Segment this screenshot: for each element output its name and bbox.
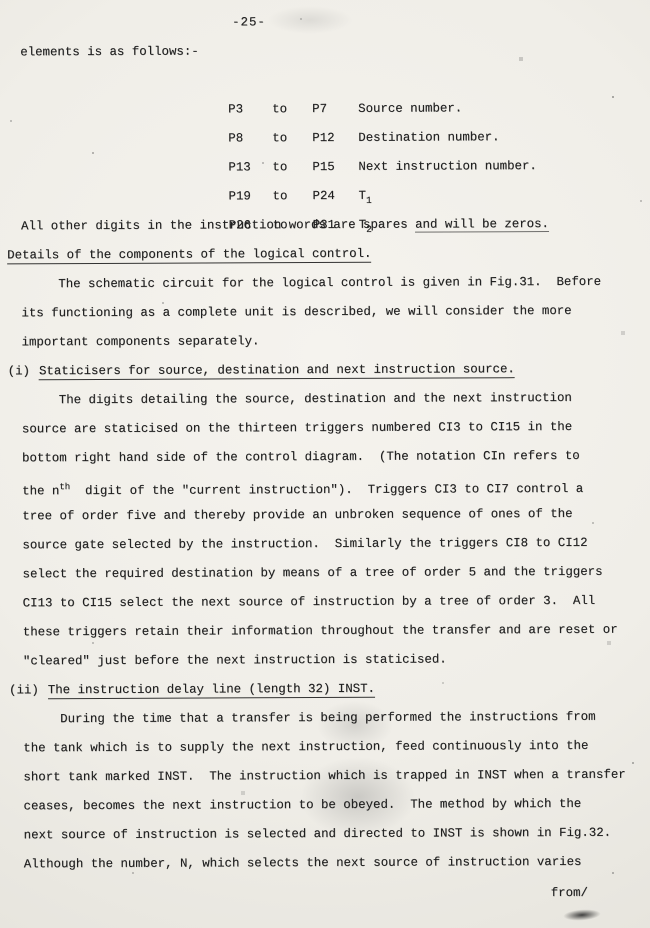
range-to-label: to <box>272 182 312 211</box>
catchword: from/ <box>24 879 634 911</box>
text-line: short tank marked INST. The instruction … <box>23 761 633 793</box>
range-description: Next instruction number. <box>358 159 537 174</box>
subsection-heading-ii: (ii)The instruction delay line (length 3… <box>9 674 633 706</box>
text-line: the tank which is to supply the next ins… <box>23 732 633 764</box>
text-line: tree of order five and thereby provide a… <box>22 500 632 532</box>
range-start: P8 <box>228 124 272 153</box>
scanned-document-page: -25- elements is as follows:- P3toP7Sour… <box>0 0 650 928</box>
text-line: CI13 to CI15 select the next source of i… <box>23 587 633 619</box>
text-line: "cleared" just before the next instructi… <box>23 645 633 677</box>
page-content: -25- elements is as follows:- P3toP7Sour… <box>0 0 650 910</box>
text-line: its functioning as a complete unit is de… <box>21 297 631 329</box>
range-start: P3 <box>228 95 272 124</box>
text-line: Although the number, N, which selects th… <box>24 848 634 880</box>
page-number: -25- <box>20 7 630 39</box>
text-line: source gate selected by the instruction.… <box>22 529 632 561</box>
text-line: The schematic circuit for the logical co… <box>21 268 631 300</box>
range-end: P15 <box>312 153 358 182</box>
text-line: the nth digit of the "current instructio… <box>22 471 632 503</box>
text-line: next source of instruction is selected a… <box>24 819 634 851</box>
range-end: P24 <box>312 182 358 211</box>
subscript: 1 <box>366 195 372 206</box>
text-line: During the time that a transfer is being… <box>23 703 633 735</box>
range-description: Source number. <box>358 101 462 115</box>
underlined-phrase: and will be zeros. <box>415 217 549 233</box>
subsection-heading-i: (i)Staticisers for source, destination a… <box>8 355 632 387</box>
section-heading: Details of the components of the logical… <box>7 239 631 271</box>
text-line: ceases, becomes the next instruction to … <box>23 790 633 822</box>
text-line: The digits detailing the source, destina… <box>22 384 632 416</box>
text-line: source are staticised on the thirteen tr… <box>22 413 632 445</box>
range-to-label: to <box>272 124 312 153</box>
range-description: Destination number. <box>358 130 499 145</box>
text-line: bottom right hand side of the control di… <box>22 442 632 474</box>
range-description: T1 <box>358 189 371 203</box>
subsection-prefix: (ii) <box>9 683 39 697</box>
range-end: P7 <box>312 95 358 124</box>
text-line: important components separately. <box>21 326 631 358</box>
range-start: P19 <box>228 182 272 211</box>
intro-line: elements is as follows:- <box>20 36 630 68</box>
spares-note: All other digits in the instruction word… <box>21 210 631 242</box>
range-to-label: to <box>272 95 312 124</box>
ink-smudge <box>558 906 607 923</box>
subsection-prefix: (i) <box>8 364 30 378</box>
field-range-row: P3toP7Source number. <box>20 65 630 97</box>
range-to-label: to <box>272 153 312 182</box>
superscript: th <box>59 482 70 492</box>
range-start: P13 <box>228 153 272 182</box>
text-line: these triggers retain their information … <box>23 616 633 648</box>
range-end: P12 <box>312 124 358 153</box>
text-line: select the required destination by means… <box>22 558 632 590</box>
